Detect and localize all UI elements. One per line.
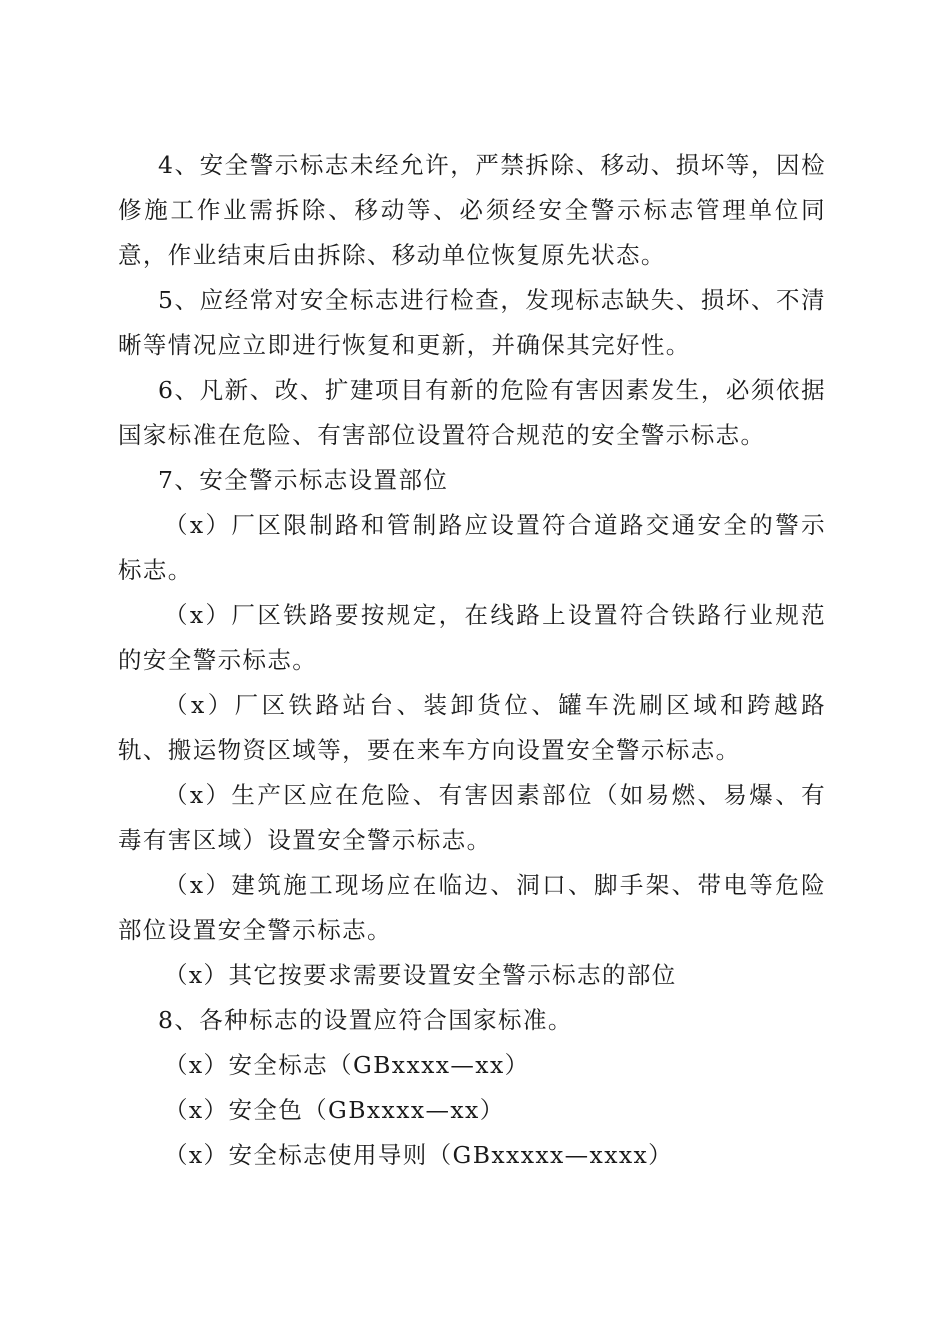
paragraph-item-7-sub-road: （x）厂区限制路和管制路应设置符合道路交通安全的警示标志。	[118, 503, 826, 593]
paragraph-item-7-sub-construction: （x）建筑施工现场应在临边、洞口、脚手架、带电等危险部位设置安全警示标志。	[118, 863, 826, 953]
paragraph-item-7-heading: 7、安全警示标志设置部位	[118, 458, 826, 503]
paragraph-item-7-sub-production: （x）生产区应在危险、有害因素部位（如易燃、易爆、有毒有害区域）设置安全警示标志…	[118, 773, 826, 863]
paragraph-item-7-sub-other: （x）其它按要求需要设置安全警示标志的部位	[118, 953, 826, 998]
standard-safety-sign: （x）安全标志（GBxxxx—xx）	[118, 1043, 826, 1088]
paragraph-item-7-sub-station: （x）厂区铁路站台、装卸货位、罐车洗刷区域和跨越路轨、搬运物资区域等，要在来车方…	[118, 683, 826, 773]
paragraph-item-4: 4、安全警示标志未经允许，严禁拆除、移动、损坏等，因检修施工作业需拆除、移动等、…	[118, 143, 826, 278]
paragraph-item-6: 6、凡新、改、扩建项目有新的危险有害因素发生，必须依据国家标准在危险、有害部位设…	[118, 368, 826, 458]
document-page: 4、安全警示标志未经允许，严禁拆除、移动、损坏等，因检修施工作业需拆除、移动等、…	[118, 143, 826, 1178]
paragraph-item-8-heading: 8、各种标志的设置应符合国家标准。	[118, 998, 826, 1043]
standard-safety-color: （x）安全色（GBxxxx—xx）	[118, 1088, 826, 1133]
paragraph-item-7-sub-railway: （x）厂区铁路要按规定，在线路上设置符合铁路行业规范的安全警示标志。	[118, 593, 826, 683]
standard-safety-sign-guide: （x）安全标志使用导则（GBxxxxx—xxxx）	[118, 1133, 826, 1178]
paragraph-item-5: 5、应经常对安全标志进行检查，发现标志缺失、损坏、不清晰等情况应立即进行恢复和更…	[118, 278, 826, 368]
